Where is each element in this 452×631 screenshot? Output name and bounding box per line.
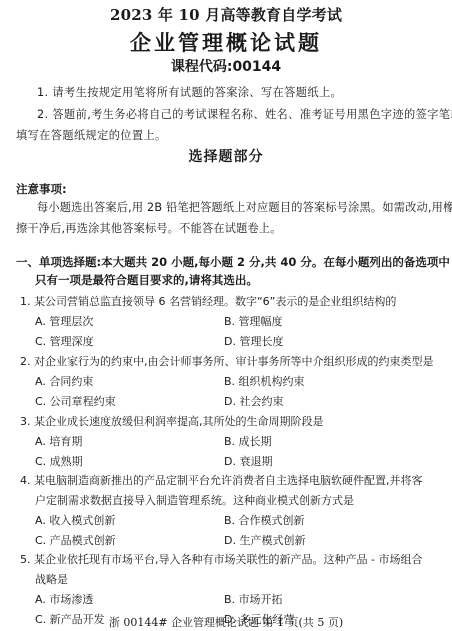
- course-code: 课程代码:00144: [0, 56, 452, 76]
- question-4-option-d: D. 生产模式创新: [224, 532, 305, 548]
- question-1-stem: 1. 某公司营销总监直接领导 6 名营销经理。数字“6”表示的是企业组织结构的: [20, 293, 396, 309]
- question-3-stem: 3. 某企业成长速度放缓但利润率提高,其所处的生命周期阶段是: [20, 413, 324, 429]
- note-line-2: 擦干净后,再选涂其他答案标号。不能答在试题卷上。: [16, 220, 282, 236]
- question-2-option-d: D. 社会约束: [224, 393, 283, 409]
- notes-heading: 注意事项:: [16, 181, 67, 197]
- part-one-heading: 一、单项选择题:本大题共 20 小题,每小题 2 分,共 40 分。在每小题列出…: [16, 254, 450, 270]
- instruction-1: 1. 请考生按规定用笔将所有试题的答案涂、写在答题纸上。: [37, 84, 342, 100]
- note-line-1: 每小题选出答案后,用 2B 铅笔把答题纸上对应题目的答案标号涂黑。如需改动,用橡…: [37, 199, 452, 215]
- question-1-option-d: D. 管理长度: [224, 333, 283, 349]
- question-5-stem: 5. 某企业依托现有市场平台,导入各种有市场关联性的新产品。这种产品 - 市场组…: [20, 551, 422, 567]
- question-2-stem: 2. 对企业家行为的约束中,由会计师事务所、审计事务所等中介组织形成的约束类型是: [20, 353, 434, 369]
- question-4-option-b: B. 合作模式创新: [224, 512, 305, 528]
- question-5-option-a: A. 市场渗透: [35, 591, 93, 607]
- exam-title: 企业管理概论试题: [0, 27, 452, 57]
- question-3-option-d: D. 衰退期: [224, 453, 272, 469]
- question-3-option-c: C. 成熟期: [35, 453, 83, 469]
- instruction-2-continued: 填写在答题纸规定的位置上。: [16, 127, 167, 143]
- section-title: 选择题部分: [0, 146, 452, 166]
- question-3-option-a: A. 培育期: [35, 433, 82, 449]
- question-4-option-a: A. 收入模式创新: [35, 512, 115, 528]
- question-4-stem: 4. 某电脑制造商新推出的产品定制平台允许消费者自主选择电脑软硬件配置,并将客: [20, 472, 423, 488]
- exam-year-heading: 2023 年 10 月高等教育自学考试: [0, 4, 452, 25]
- question-1-option-b: B. 管理幅度: [224, 313, 283, 329]
- instruction-2: 2. 答题前,考生务必将自己的考试课程名称、姓名、准考证号用黑色字迹的签字笔或钢…: [37, 106, 452, 122]
- question-2-option-c: C. 公司章程约束: [35, 393, 116, 409]
- question-3-option-b: B. 成长期: [224, 433, 272, 449]
- question-5-option-b: B. 市场开拓: [224, 591, 283, 607]
- question-5-stem-line2: 战略是: [35, 571, 68, 587]
- question-1-option-a: A. 管理层次: [35, 313, 93, 329]
- question-4-stem-line2: 户定制需求数据直接导入制造管理系统。这种商业模式创新方式是: [35, 492, 354, 508]
- question-4-option-c: C. 产品模式创新: [35, 532, 116, 548]
- question-2-option-a: A. 合同约束: [35, 373, 93, 389]
- question-1-option-c: C. 管理深度: [35, 333, 94, 349]
- page-footer: 浙 00144# 企业管理概论试题 第 1 页(共 5 页): [0, 614, 452, 630]
- question-2-option-b: B. 组织机构约束: [224, 373, 305, 389]
- part-one-heading-line2: 只有一项是最符合题目要求的,请将其选出。: [35, 272, 258, 288]
